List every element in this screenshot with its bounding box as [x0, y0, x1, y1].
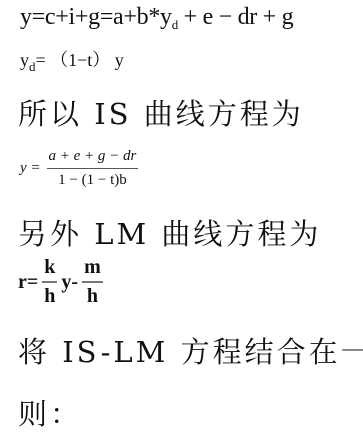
lm-frac2-numerator: m	[82, 256, 103, 281]
eq2-main: y	[20, 50, 29, 70]
equation-lm-curve: r= k h y- m h	[18, 256, 107, 308]
equation-is-curve: y = a + e + g − dr 1 − (1 − t)b	[20, 148, 138, 189]
heading-is-curve: 所以 IS 曲线方程为	[18, 92, 304, 133]
lm-fraction-1: k h	[42, 256, 57, 308]
eq1-main: y=c+i+g=a+b*y	[20, 4, 172, 30]
equation-output-identity: y=c+i+g=a+b*yd + e − dr + g	[20, 4, 293, 33]
is-fraction: a + e + g − dr 1 − (1 − t)b	[47, 148, 139, 189]
eq1-tail: + e − dr + g	[178, 4, 293, 30]
is-lhs: y =	[20, 160, 41, 177]
lm-frac2-denominator: h	[87, 283, 98, 308]
then-label: 则：	[18, 392, 82, 433]
equation-disposable-income: yd= （1−t） y	[20, 46, 124, 75]
lm-fraction-2: m h	[82, 256, 103, 308]
lm-frac1-denominator: h	[44, 283, 55, 308]
heading-combine: 将 IS-LM 方程结合在一起	[18, 330, 363, 371]
lm-frac1-numerator: k	[42, 256, 57, 281]
is-numerator: a + e + g − dr	[47, 148, 139, 168]
is-denominator: 1 − (1 − t)b	[58, 169, 127, 189]
heading-lm-curve: 另外 LM 曲线方程为	[18, 212, 321, 253]
lm-mid: y-	[61, 271, 78, 294]
lm-lhs: r=	[18, 271, 38, 294]
eq2-tail: = （1−t） y	[36, 50, 124, 70]
